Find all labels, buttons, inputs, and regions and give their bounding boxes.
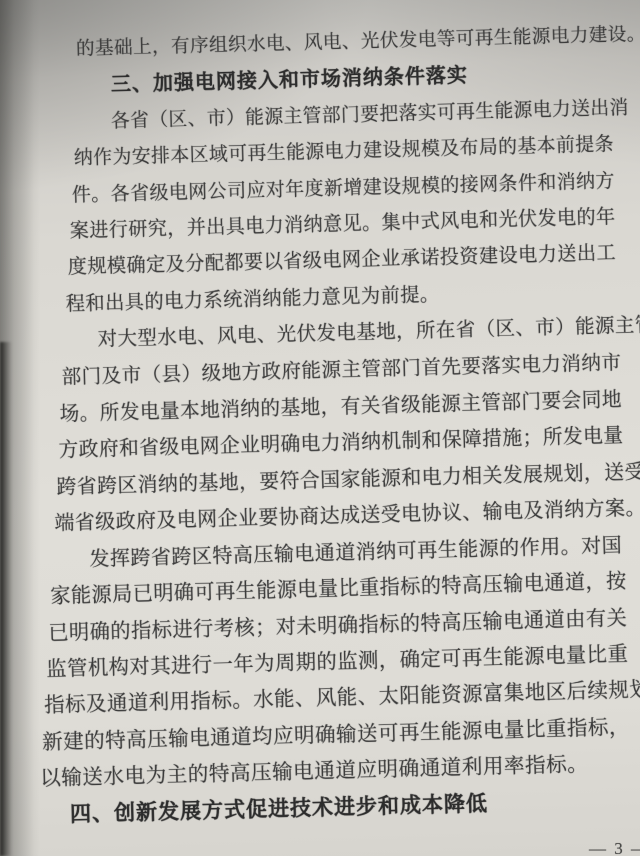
document-text-block: 的基础上，有序组织水电、风电、光伏发电等可再生能源电力建设。 三、加强电网接入和… (0, 17, 640, 835)
page-number: — 3 — (589, 839, 640, 856)
document-page: 的基础上，有序组织水电、风电、光伏发电等可再生能源电力建设。 三、加强电网接入和… (0, 0, 640, 856)
